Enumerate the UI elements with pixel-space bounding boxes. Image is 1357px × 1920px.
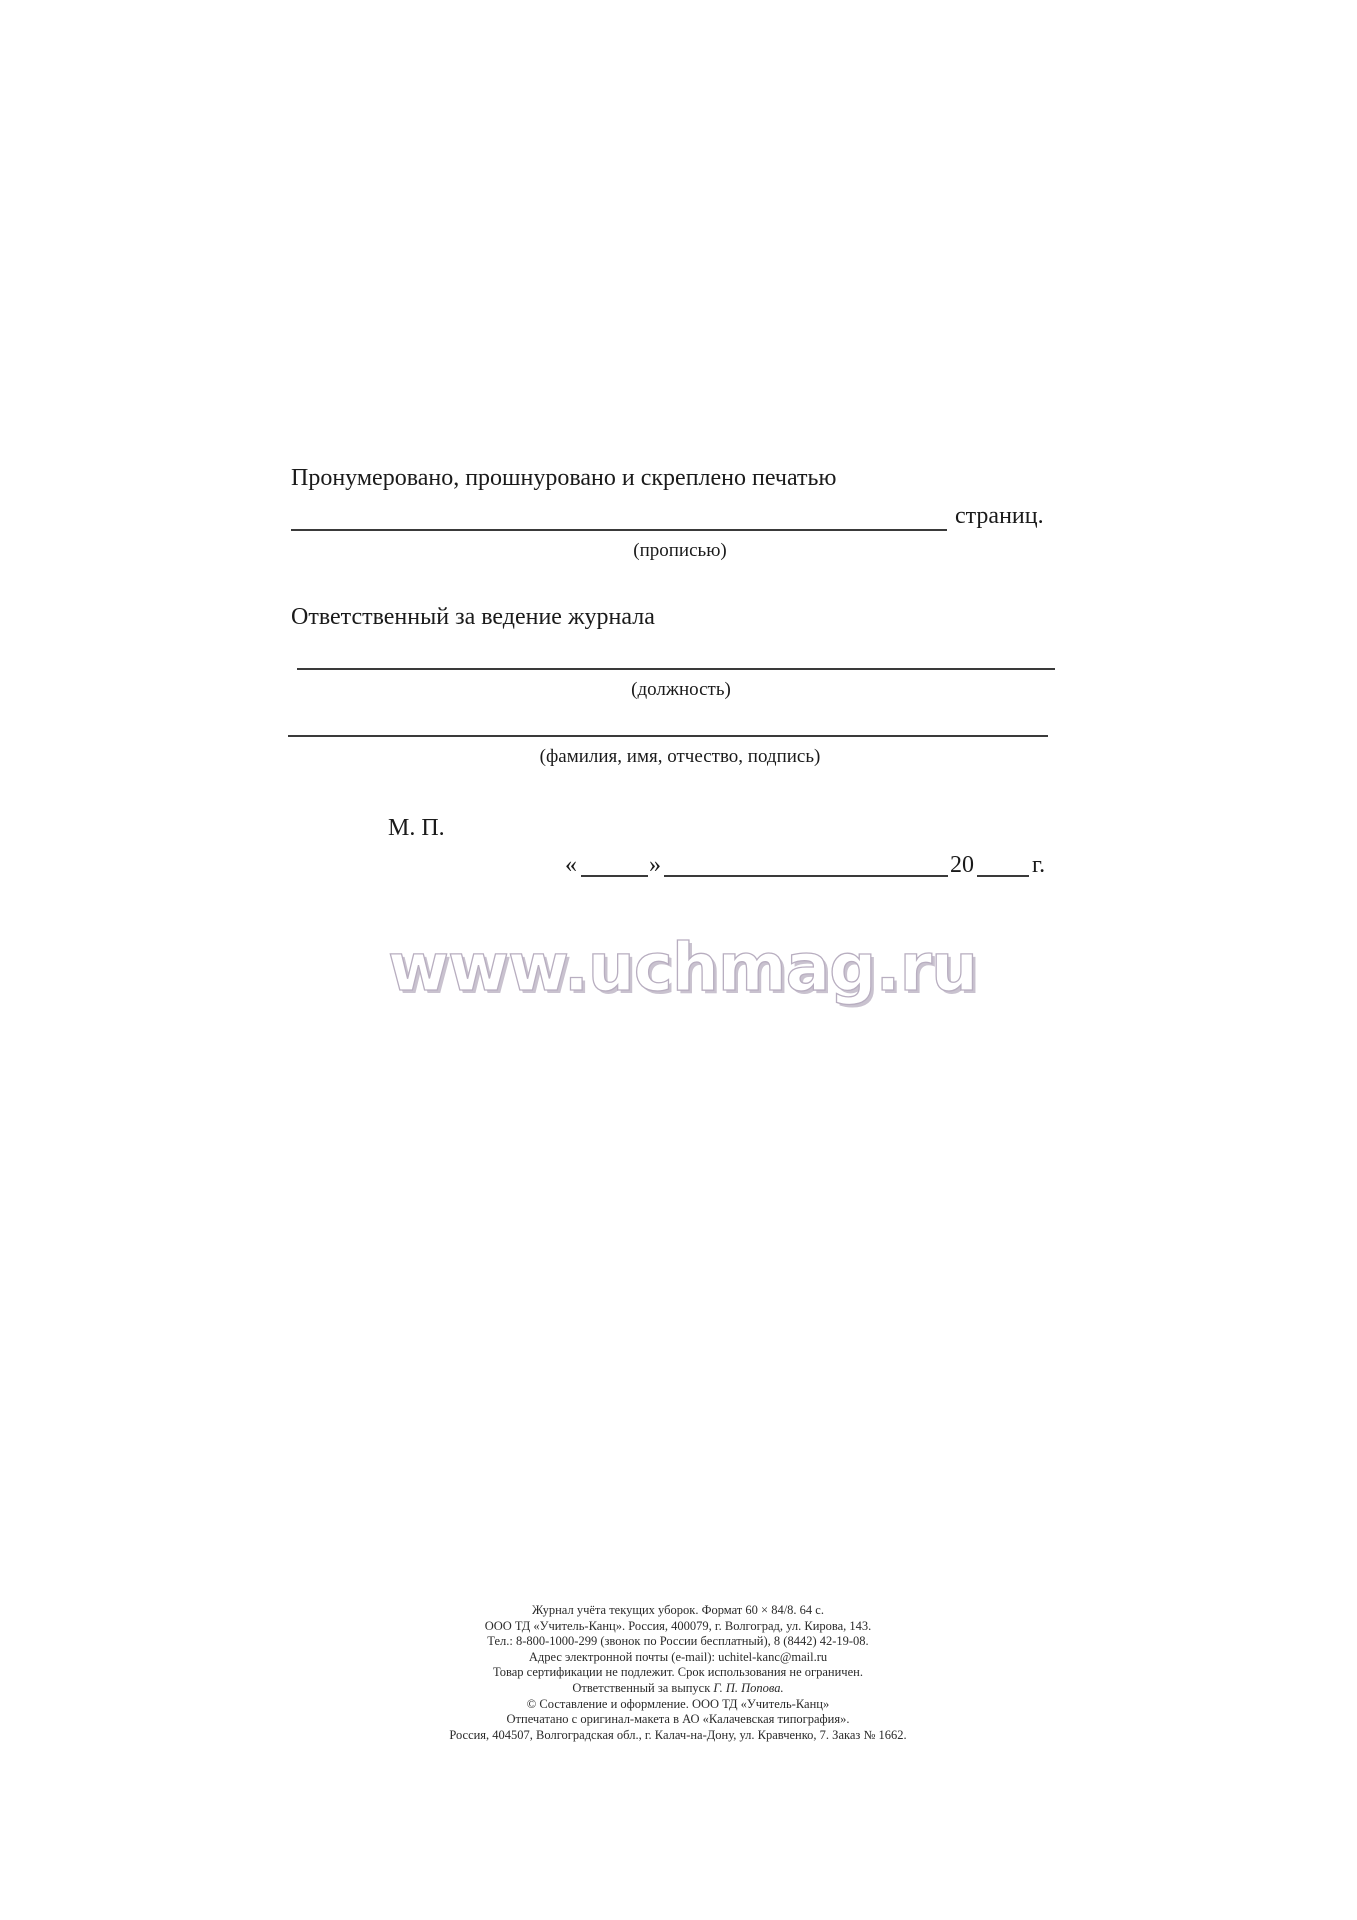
imprint-line: Адрес электронной почты (e-mail): uchite… bbox=[328, 1650, 1028, 1666]
pages-count-field[interactable] bbox=[291, 529, 947, 531]
imprint-line: © Составление и оформление. ООО ТД «Учит… bbox=[328, 1697, 1028, 1713]
name-signature-field[interactable] bbox=[288, 735, 1048, 737]
imprint-line: Россия, 404507, Волгоградская обл., г. К… bbox=[328, 1728, 1028, 1744]
day-field[interactable] bbox=[581, 875, 648, 877]
watermark: www.uchmag.ru bbox=[388, 928, 977, 1008]
year-field[interactable] bbox=[977, 875, 1029, 877]
imprint-responsible-name: Г. П. Попова. bbox=[713, 1681, 783, 1695]
certification-heading: Пронумеровано, прошнуровано и скреплено … bbox=[291, 464, 836, 492]
date-close-quote: » bbox=[649, 851, 661, 879]
imprint-responsible-line: Ответственный за выпуск Г. П. Попова. bbox=[328, 1681, 1028, 1697]
imprint-line: Тел.: 8-800-1000-299 (звонок по России б… bbox=[328, 1634, 1028, 1650]
position-caption: (должность) bbox=[631, 679, 731, 701]
pages-caption: (прописью) bbox=[633, 540, 726, 562]
imprint-responsible-prefix: Ответственный за выпуск bbox=[572, 1681, 713, 1695]
stamp-place-label: М. П. bbox=[388, 814, 445, 842]
responsible-heading: Ответственный за ведение журнала bbox=[291, 603, 655, 631]
imprint-line: Отпечатано с оригинал-макета в АО «Калач… bbox=[328, 1712, 1028, 1728]
imprint-line: ООО ТД «Учитель-Канц». Россия, 400079, г… bbox=[328, 1619, 1028, 1635]
date-open-quote: « bbox=[565, 851, 577, 879]
imprint-line: Товар сертификации не подлежит. Срок исп… bbox=[328, 1665, 1028, 1681]
imprint-line: Журнал учёта текущих уборок. Формат 60 ×… bbox=[328, 1603, 1028, 1619]
century-prefix: 20 bbox=[950, 851, 974, 879]
name-caption: (фамилия, имя, отчество, подпись) bbox=[540, 746, 821, 768]
year-suffix: г. bbox=[1032, 851, 1045, 879]
position-field[interactable] bbox=[297, 668, 1055, 670]
publisher-imprint: Журнал учёта текущих уборок. Формат 60 ×… bbox=[328, 1603, 1028, 1743]
pages-suffix: страниц. bbox=[955, 502, 1044, 530]
month-field[interactable] bbox=[664, 875, 948, 877]
